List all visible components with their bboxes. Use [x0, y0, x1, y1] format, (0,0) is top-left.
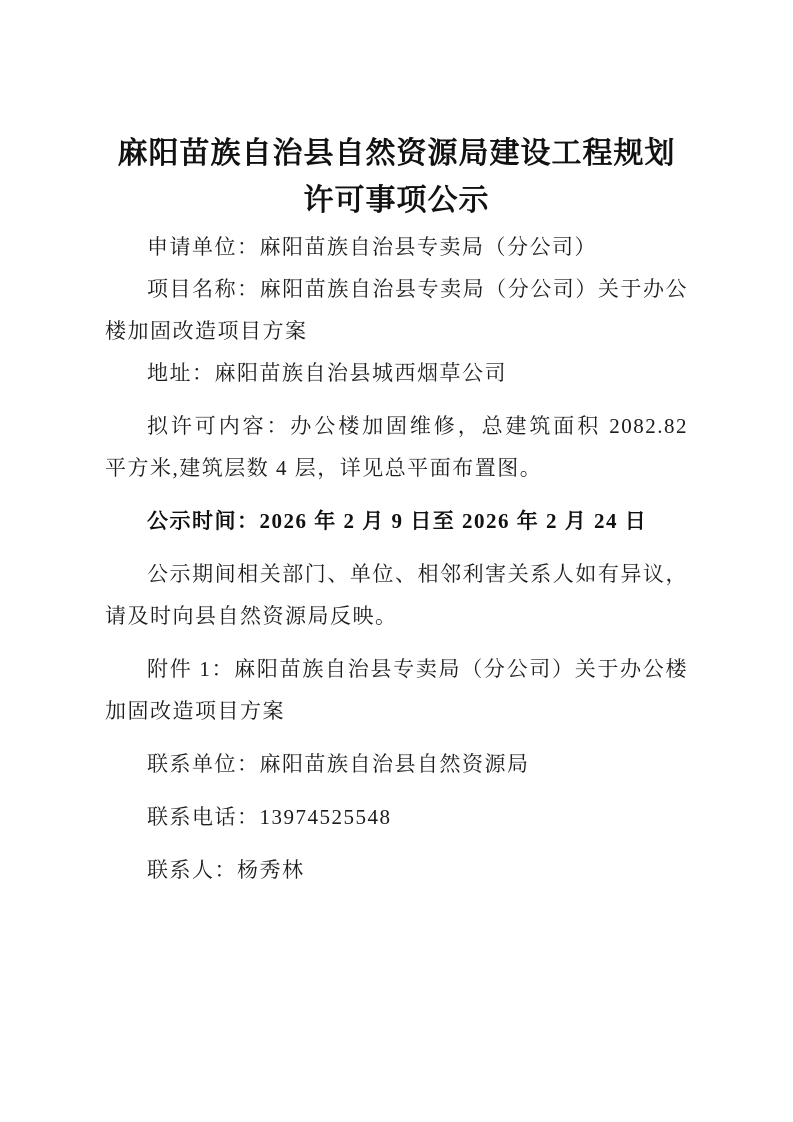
- field-contact-person: 联系人：杨秀林: [105, 849, 688, 891]
- notice-document-page: 麻阳苗族自治县自然资源局建设工程规划许可事项公示 申请单位：麻阳苗族自治县专卖局…: [0, 0, 793, 1122]
- field-project-name: 项目名称：麻阳苗族自治县专卖局（分公司）关于办公楼加固改造项目方案: [105, 268, 688, 352]
- field-contact-phone: 联系电话：13974525548: [105, 796, 688, 838]
- field-publicity-period: 公示时间：2026 年 2 月 9 日至 2026 年 2 月 24 日: [105, 500, 688, 542]
- para-objection-notice: 公示期间相关部门、单位、相邻利害关系人如有异议，请及时向县自然资源局反映。: [105, 553, 688, 637]
- document-title: 麻阳苗族自治县自然资源局建设工程规划许可事项公示: [105, 130, 688, 224]
- document-title-line-2: 许可事项公示: [304, 184, 490, 217]
- field-attachment: 附件 1：麻阳苗族自治县专卖局（分公司）关于办公楼加固改造项目方案: [105, 648, 688, 732]
- document-title-line-1: 麻阳苗族自治县自然资源局建设工程规划: [118, 137, 676, 170]
- field-address: 地址：麻阳苗族自治县城西烟草公司: [105, 352, 688, 394]
- field-contact-unit: 联系单位：麻阳苗族自治县自然资源局: [105, 743, 688, 785]
- field-applicant: 申请单位：麻阳苗族自治县专卖局（分公司）: [105, 226, 688, 268]
- field-permit-content: 拟许可内容：办公楼加固维修，总建筑面积 2082.82 平方米,建筑层数 4 层…: [105, 405, 688, 489]
